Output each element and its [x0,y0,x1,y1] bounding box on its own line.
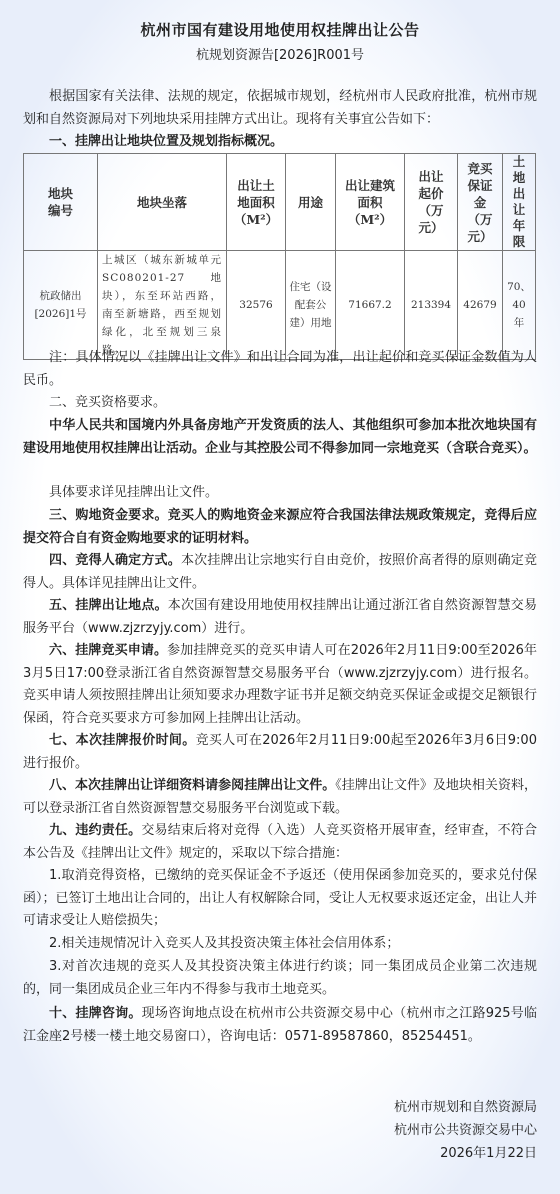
section1-heading: 一、挂牌出让地块位置及规划指标概况。 [23,131,537,154]
header-text: 地块坐落 [137,195,187,210]
section8-heading: 八、本次挂牌出让详细资料请参阅挂牌出让文件。 [49,778,335,793]
note-paragraph: 注：具体情况以《挂牌出让文件》和出让合同为准，出让起价和竞买保证金数值为人民币。 [23,347,537,392]
header-text: 出让建筑 面积 （M²） [345,178,395,227]
section2-body: 中华人民共和国境内外具备房地产开发资质的法人、其他组织可参加本批次地块国有建设用… [23,415,537,460]
section6-heading: 六、挂牌竞买申请。 [49,643,167,658]
header-text: 出让 起价 （万 元） [418,169,443,235]
cell-usage: 住宅（设 配套公 建）用地 [286,251,336,360]
cell-building-area: 71667.2 [336,251,405,360]
parcel-table: 地块 编号 地块坐落 出让土 地面积 （M²） 用途 出让建筑 面积 （M²） … [23,153,536,360]
section5-heading: 五、挂牌出让地点。 [49,598,168,613]
section7-paragraph: 七、本次挂牌报价时间。竞买人可在2026年2月11日9:00起至2026年3月6… [23,730,537,775]
section4-heading: 四、竞得人确定方式。 [49,553,181,568]
parcel-table-container: 地块 编号 地块坐落 出让土 地面积 （M²） 用途 出让建筑 面积 （M²） … [23,153,536,360]
cell-location: 上城区（城东新城单元SC080201-27地块），东至环站西路，南至新塘路，西至… [98,251,227,360]
section2-detail: 具体要求详见挂牌出让文件。 [23,482,537,505]
document-title: 杭州市国有建设用地使用权挂牌出让公告 [0,19,560,40]
col-header-usage: 用途 [286,154,336,251]
section8-paragraph: 八、本次挂牌出让详细资料请参阅挂牌出让文件。《挂牌出让文件》及地块相关资料，可以… [23,775,537,820]
section2-heading: 二、竞买资格要求。 [23,392,537,415]
section10-paragraph: 十、挂牌咨询。现场咨询地点设在杭州市公共资源交易中心（杭州市之江路925号临江金… [23,1003,537,1048]
section3-paragraph: 三、购地资金要求。竞买人的购地资金来源应符合我国法律法规政策规定，竞得后应提交符… [23,505,537,550]
col-header-term: 土 地 出 让 年 限 [503,154,536,251]
col-header-land-area: 出让土 地面积 （M²） [227,154,286,251]
col-header-location: 地块坐落 [98,154,227,251]
section10-heading: 十、挂牌咨询。 [49,1006,142,1021]
header-text: 地块 编号 [48,186,73,218]
announcement-page: 杭州市国有建设用地使用权挂牌出让公告 杭规划资源告[2026]R001号 根据国… [0,0,560,1194]
col-header-parcel-id: 地块 编号 [24,154,98,251]
section6-paragraph: 六、挂牌竞买申请。参加挂牌竞买的竞买申请人可在2026年2月11日9:00至20… [23,640,537,730]
header-text: 出让土 地面积 （M²） [234,178,278,227]
section9-item-3: 3.对首次违规的竞买人及其投资决策主体进行约谈；同一集团成员企业第二次违规的，同… [23,956,537,1001]
section4-paragraph: 四、竞得人确定方式。本次挂牌出让宗地实行自由竞价，按照价高者得的原则确定竞得人。… [23,550,537,595]
table-row: 杭政储出 [2026]1号 上城区（城东新城单元SC080201-27地块），东… [24,251,536,360]
cell-start-price: 213394 [405,251,458,360]
section5-paragraph: 五、挂牌出让地点。本次国有建设用地使用权挂牌出让通过浙江省自然资源智慧交易服务平… [23,595,537,640]
section9-item-1: 1.取消竞得资格，已缴纳的竞买保证金不予返还（使用保函参加竞买的，要求兑付保函）… [23,865,537,933]
signature-org-2: 杭州市公共资源交易中心 [394,1120,537,1143]
cell-parcel-id: 杭政储出 [2026]1号 [24,251,98,360]
col-header-deposit: 竞买 保证 金 （万 元） [458,154,503,251]
cell-deposit: 42679 [458,251,503,360]
section9-paragraph: 九、违约责任。交易结束后将对竞得（入选）人竞买资格开展审查，经审查，不符合本公告… [23,820,537,865]
cell-land-area: 32576 [227,251,286,360]
header-text: 土 地 出 让 年 限 [513,154,526,249]
section9-item-2: 2.相关违规情况计入竞买人及其投资决策主体社会信用体系； [23,933,537,956]
header-text: 用途 [298,195,323,210]
cell-term: 70、 40 年 [503,251,536,360]
section9-heading: 九、违约责任。 [49,823,141,838]
col-header-building-area: 出让建筑 面积 （M²） [336,154,405,251]
table-header-row: 地块 编号 地块坐落 出让土 地面积 （M²） 用途 出让建筑 面积 （M²） … [24,154,536,251]
header-text: 竞买 保证 金 （万 元） [467,161,492,244]
section7-heading: 七、本次挂牌报价时间。 [49,733,196,748]
signature-date: 2026年1月22日 [440,1143,537,1166]
signature-org-1: 杭州市规划和自然资源局 [394,1097,537,1120]
document-number: 杭规划资源告[2026]R001号 [0,44,560,63]
col-header-start-price: 出让 起价 （万 元） [405,154,458,251]
intro-paragraph: 根据国家有关法律、法规的规定，依据城市规划，经杭州市人民政府批准，杭州市规划和自… [23,86,537,131]
